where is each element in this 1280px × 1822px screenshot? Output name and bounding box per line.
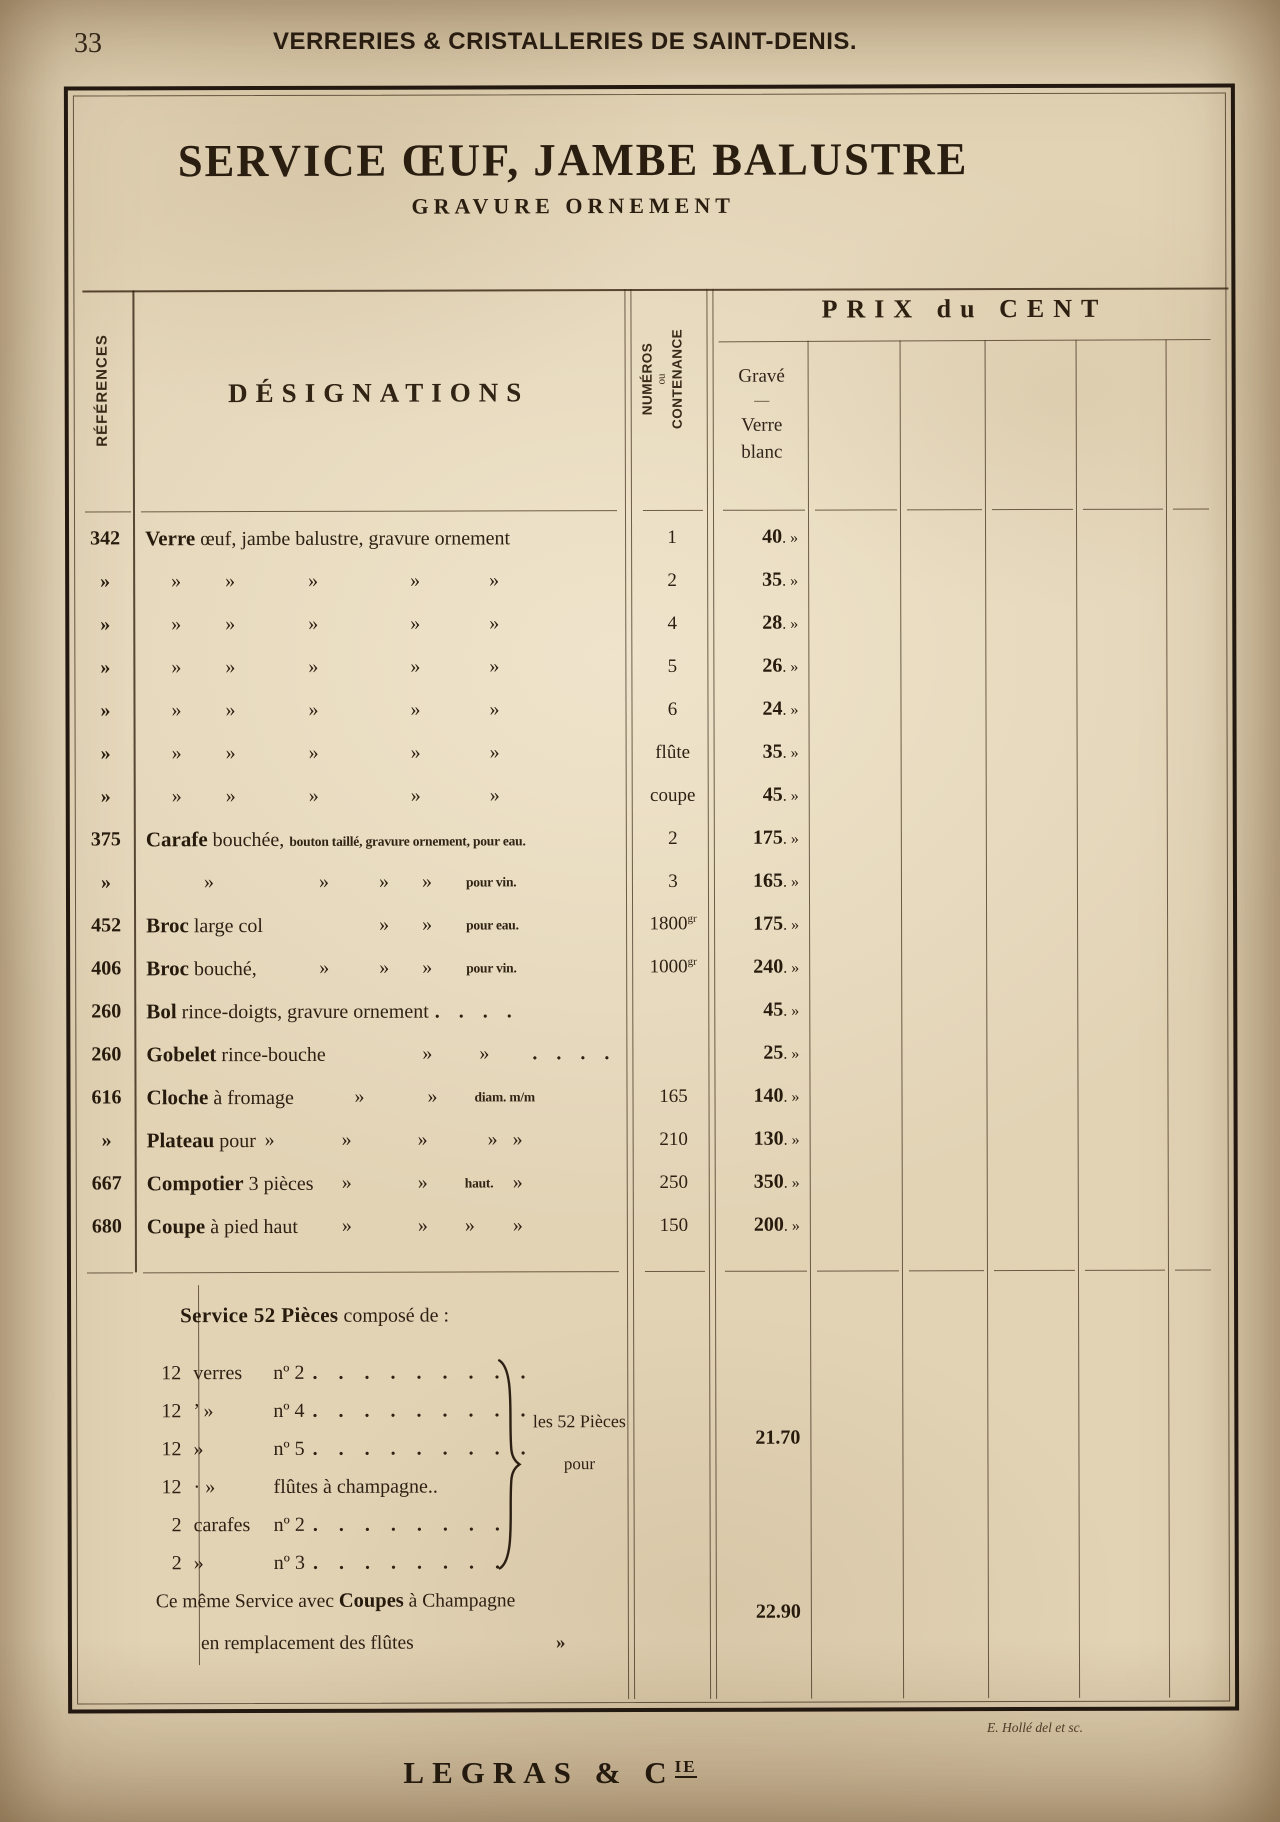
numero-cell: 4 bbox=[635, 612, 709, 634]
numero-cell: 250 bbox=[637, 1171, 711, 1193]
reference-cell: » bbox=[77, 656, 133, 679]
table-rule bbox=[1083, 509, 1163, 510]
table-rule bbox=[725, 1271, 807, 1272]
reference-cell: 667 bbox=[79, 1172, 135, 1195]
table-row: 342Verre œuf, jambe balustre, gravure or… bbox=[77, 516, 817, 561]
table-row: 406Broc bouché,»»»pour vin.1000gr240. » bbox=[78, 946, 818, 991]
table-rule bbox=[817, 1270, 899, 1271]
service-note-prefix: Ce même Service avec bbox=[156, 1591, 339, 1612]
price-cell: 175. » bbox=[717, 913, 807, 936]
table-row: »»»»»pour vin.3165. » bbox=[78, 860, 818, 905]
column-header-numeros: NUMÉROSouCONTENANCE bbox=[638, 304, 702, 454]
reference-cell: 375 bbox=[78, 828, 134, 851]
service-title-rest: composé de : bbox=[338, 1305, 449, 1327]
grave-column-header: Gravé—Verreblanc bbox=[716, 363, 808, 466]
designation-cell: »»»»» bbox=[134, 731, 626, 775]
reference-cell: 260 bbox=[78, 1043, 134, 1066]
brace-label-pour: pour bbox=[523, 1454, 635, 1474]
price-cell: 350. » bbox=[718, 1171, 808, 1194]
plate-frame: SERVICE ŒUF, JAMBE BALUSTRE GRAVURE ORNE… bbox=[64, 83, 1239, 1713]
table-rule bbox=[643, 510, 703, 511]
price-cell: 175. » bbox=[717, 827, 807, 850]
table-rule bbox=[723, 510, 805, 511]
price-cell: 40. » bbox=[716, 526, 806, 549]
table-row: 616Cloche à fromage»»diam. m/m165140. » bbox=[78, 1075, 818, 1120]
catalog-page: 33 VERRERIES & CRISTALLERIES DE SAINT-DE… bbox=[0, 0, 1280, 1822]
designation-cell: Carafe bouchée, bouton taillé, gravure o… bbox=[134, 817, 626, 861]
reference-cell: » bbox=[78, 871, 134, 894]
table-row: »»»»»»coupe45. » bbox=[78, 774, 818, 819]
designation-cell: »»»»» bbox=[133, 602, 625, 646]
column-header-references: RÉFÉRENCES bbox=[87, 315, 117, 465]
reference-cell: 680 bbox=[79, 1215, 135, 1238]
price-cell: 26. » bbox=[716, 655, 806, 678]
table-row: »»»»»»235. » bbox=[77, 559, 817, 604]
service-price-52: 21.70 bbox=[718, 1427, 810, 1450]
reference-cell: 406 bbox=[78, 957, 134, 980]
brace bbox=[495, 1357, 522, 1571]
designation-cell: Gobelet rince-bouche»». . . . bbox=[134, 1032, 626, 1076]
table-row: 260Bol rince-doigts, gravure ornement. .… bbox=[78, 989, 818, 1034]
designation-cell: »»»»» bbox=[133, 688, 625, 732]
designation-cell: »»»»» bbox=[133, 645, 625, 689]
price-cell: 24. » bbox=[716, 698, 806, 721]
price-cell: 140. » bbox=[717, 1085, 807, 1108]
service-price-coupes: 22.90 bbox=[719, 1601, 811, 1624]
numero-cell: 6 bbox=[635, 698, 709, 720]
designation-cell: Cloche à fromage»»diam. m/m bbox=[134, 1075, 626, 1119]
reference-cell: 616 bbox=[78, 1086, 134, 1109]
page-header: VERRERIES & CRISTALLERIES DE SAINT-DENIS… bbox=[0, 28, 1130, 56]
reference-cell: 342 bbox=[77, 527, 133, 550]
table-row: »»»»»»526. » bbox=[77, 645, 817, 690]
reference-cell: 452 bbox=[78, 914, 134, 937]
table-rule bbox=[992, 509, 1073, 510]
table-rule bbox=[1175, 1270, 1211, 1271]
table-row: 452Broc large col»»pour eau.1800gr175. » bbox=[78, 903, 818, 948]
price-cell: 45. » bbox=[717, 999, 807, 1022]
numero-cell: 5 bbox=[635, 655, 709, 677]
brace-label: les 52 Pièces bbox=[523, 1411, 635, 1432]
price-cell: 200. » bbox=[718, 1214, 808, 1237]
price-cell: 240. » bbox=[717, 956, 807, 979]
reference-cell: » bbox=[77, 570, 133, 593]
table-rule bbox=[909, 1270, 984, 1271]
numero-cell: 1000gr bbox=[636, 956, 710, 979]
table-row: »Plateau pour »»»»»210130. » bbox=[79, 1118, 819, 1163]
table-row: »»»»»»428. » bbox=[77, 602, 817, 647]
reference-cell: » bbox=[79, 1129, 135, 1152]
designation-cell: »»»»pour vin. bbox=[134, 860, 626, 904]
numero-cell: 3 bbox=[636, 870, 710, 892]
table-rule bbox=[1173, 509, 1209, 510]
table-row: 260Gobelet rince-bouche»». . . .25. » bbox=[78, 1032, 818, 1077]
plate-subtitle: GRAVURE ORNEMENT bbox=[68, 192, 1078, 221]
reference-cell: 260 bbox=[78, 1000, 134, 1023]
price-cell: 165. » bbox=[717, 870, 807, 893]
brand-superscript: IE bbox=[675, 1757, 697, 1778]
designation-cell: »»»»» bbox=[134, 774, 626, 818]
designation-cell: Compotier 3 pièces»»haut.» bbox=[135, 1161, 627, 1205]
ditto-mark: » bbox=[556, 1632, 566, 1654]
table-rule bbox=[907, 509, 982, 510]
service-note-2: en remplacement des flûtes bbox=[201, 1633, 414, 1656]
service-note-suffix: à Champagne bbox=[404, 1590, 516, 1611]
service-note: Ce même Service avec Coupes à Champagne bbox=[156, 1589, 516, 1613]
reference-cell: » bbox=[78, 742, 134, 765]
engraver-credit: E. Hollé del et sc. bbox=[930, 1720, 1140, 1736]
price-cell: 35. » bbox=[716, 569, 806, 592]
price-header: PRIX du CENT bbox=[718, 294, 1210, 325]
designation-cell: Coupe à pied haut»»»» bbox=[135, 1204, 627, 1248]
numero-cell: 165 bbox=[636, 1085, 710, 1107]
designation-cell: Broc large col»»pour eau. bbox=[134, 903, 626, 947]
table-rule bbox=[815, 509, 897, 510]
designation-cell: Plateau pour »»»»» bbox=[135, 1118, 627, 1162]
reference-cell: » bbox=[77, 699, 133, 722]
reference-cell: » bbox=[78, 785, 134, 808]
table-row: »»»»»»624. » bbox=[77, 688, 817, 733]
numero-cell: 1 bbox=[635, 526, 709, 548]
numero-cell: 150 bbox=[637, 1214, 711, 1236]
service-item: 12verresnº 2. . . . . . . . . bbox=[153, 1353, 623, 1392]
price-cell: 45. » bbox=[717, 784, 807, 807]
table-row: 667Compotier 3 pièces»»haut.»250350. » bbox=[79, 1161, 819, 1206]
price-cell: 130. » bbox=[718, 1128, 808, 1151]
table-rule bbox=[1085, 1270, 1165, 1271]
price-cell: 35. » bbox=[717, 741, 807, 764]
table-rule bbox=[85, 511, 131, 512]
service-item: 2»nº 3. . . . . . . . bbox=[154, 1543, 624, 1582]
service-item: 2carafesnº 2. . . . . . . . bbox=[154, 1505, 624, 1544]
reference-cell: » bbox=[77, 613, 133, 636]
numero-cell: 2 bbox=[635, 569, 709, 591]
price-cell: 28. » bbox=[716, 612, 806, 635]
numero-cell: flûte bbox=[636, 741, 710, 763]
numero-cell: 210 bbox=[637, 1128, 711, 1150]
table-row: 375Carafe bouchée, bouton taillé, gravur… bbox=[78, 817, 818, 862]
price-cell: 25. » bbox=[717, 1042, 807, 1065]
column-header-designations: DÉSIGNATIONS bbox=[133, 377, 625, 409]
table-row: 680Coupe à pied haut»»»»150200. » bbox=[79, 1204, 819, 1249]
table-rule bbox=[645, 1271, 705, 1272]
table-rule bbox=[87, 1272, 133, 1273]
numero-cell: 2 bbox=[636, 827, 710, 849]
designation-cell: Verre œuf, jambe balustre, gravure ornem… bbox=[133, 516, 625, 560]
numero-cell: coupe bbox=[636, 784, 710, 806]
table-row: »»»»»»flûte35. » bbox=[78, 731, 818, 776]
designation-cell: »»»»» bbox=[133, 559, 625, 603]
plate-title: SERVICE ŒUF, JAMBE BALUSTRE bbox=[83, 132, 1063, 188]
designation-cell: Broc bouché,»»»pour vin. bbox=[134, 946, 626, 990]
footer-brand: LEGRAS & CIE bbox=[0, 1755, 1100, 1791]
rows: 342Verre œuf, jambe balustre, gravure or… bbox=[77, 516, 819, 1249]
service-title: Service 52 Pièces composé de : bbox=[180, 1303, 449, 1329]
brand-text: LEGRAS & C bbox=[403, 1755, 674, 1790]
table-rule bbox=[994, 1270, 1075, 1271]
designation-cell: Bol rince-doigts, gravure ornement. . . … bbox=[134, 989, 626, 1033]
numero-cell: 1800gr bbox=[636, 913, 710, 936]
service-note-bold: Coupes bbox=[339, 1590, 404, 1612]
service-title-bold: Service 52 Pièces bbox=[180, 1303, 338, 1327]
